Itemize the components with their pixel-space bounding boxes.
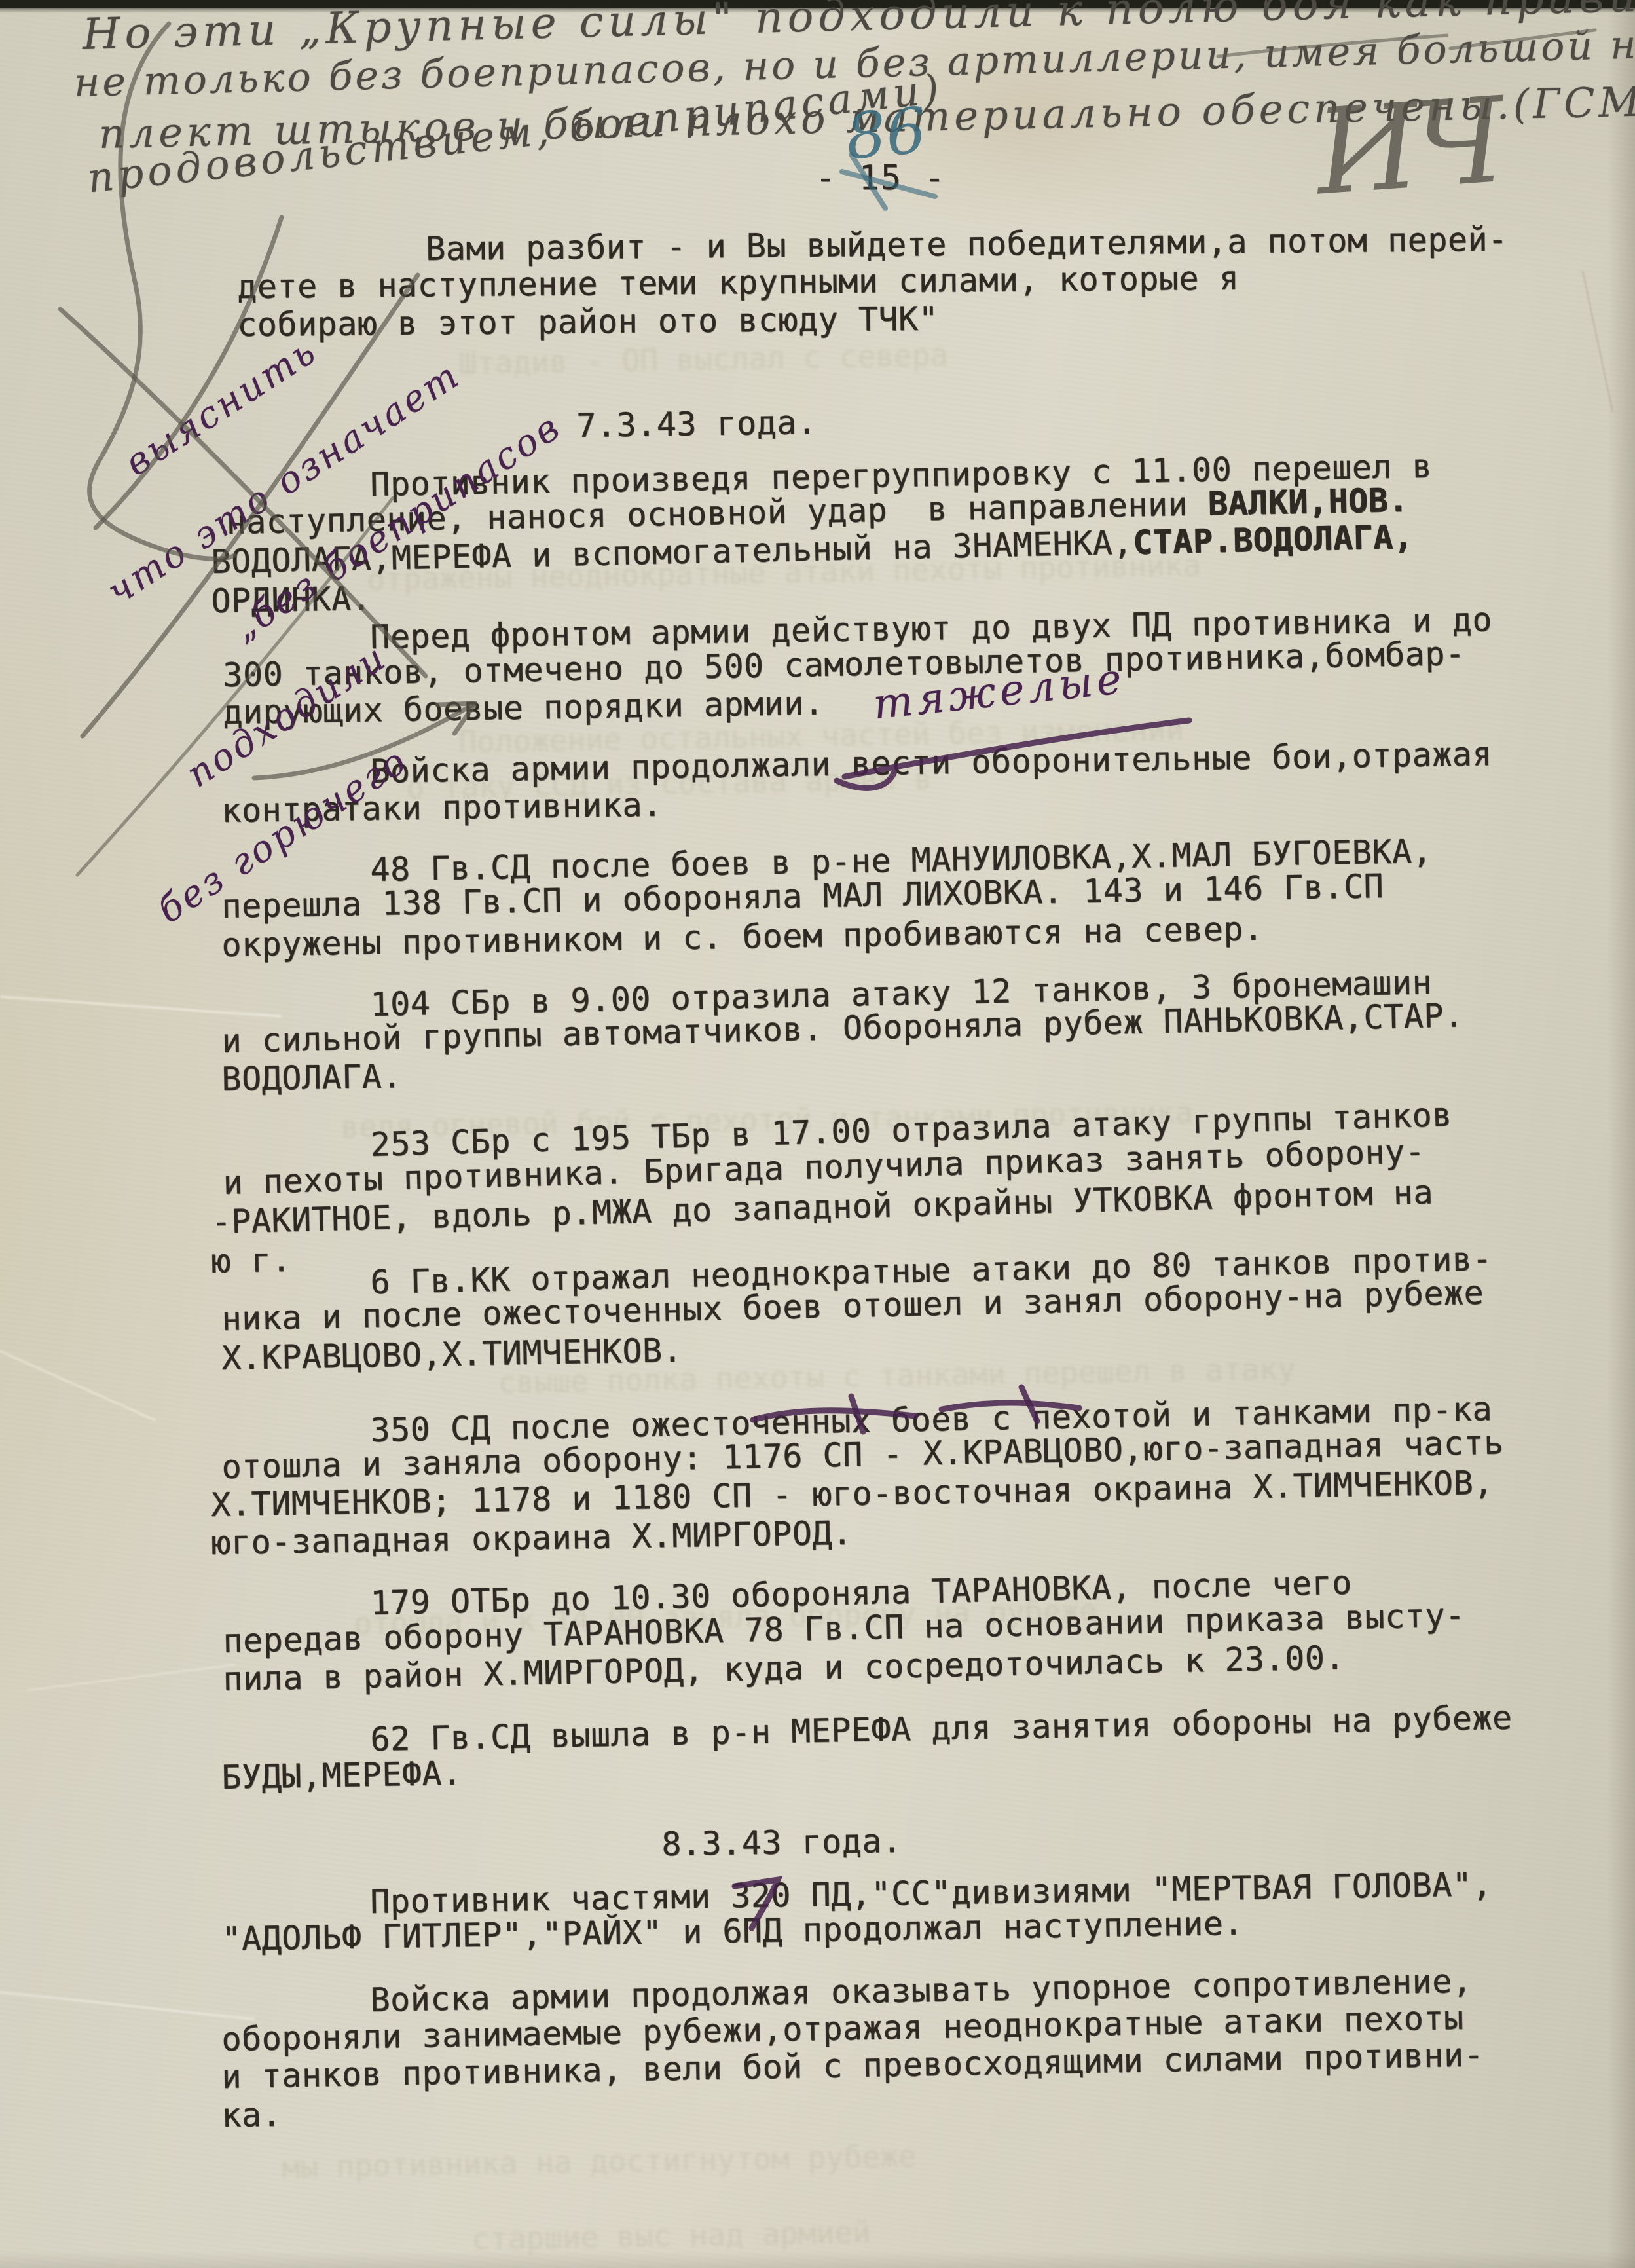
pencil-initials: ИЧ — [1312, 72, 1504, 221]
document-page: Штадив - ОП выслал с севераотражены неод… — [0, 0, 1635, 2268]
blue-pencil-page-number: 86 — [843, 94, 928, 174]
